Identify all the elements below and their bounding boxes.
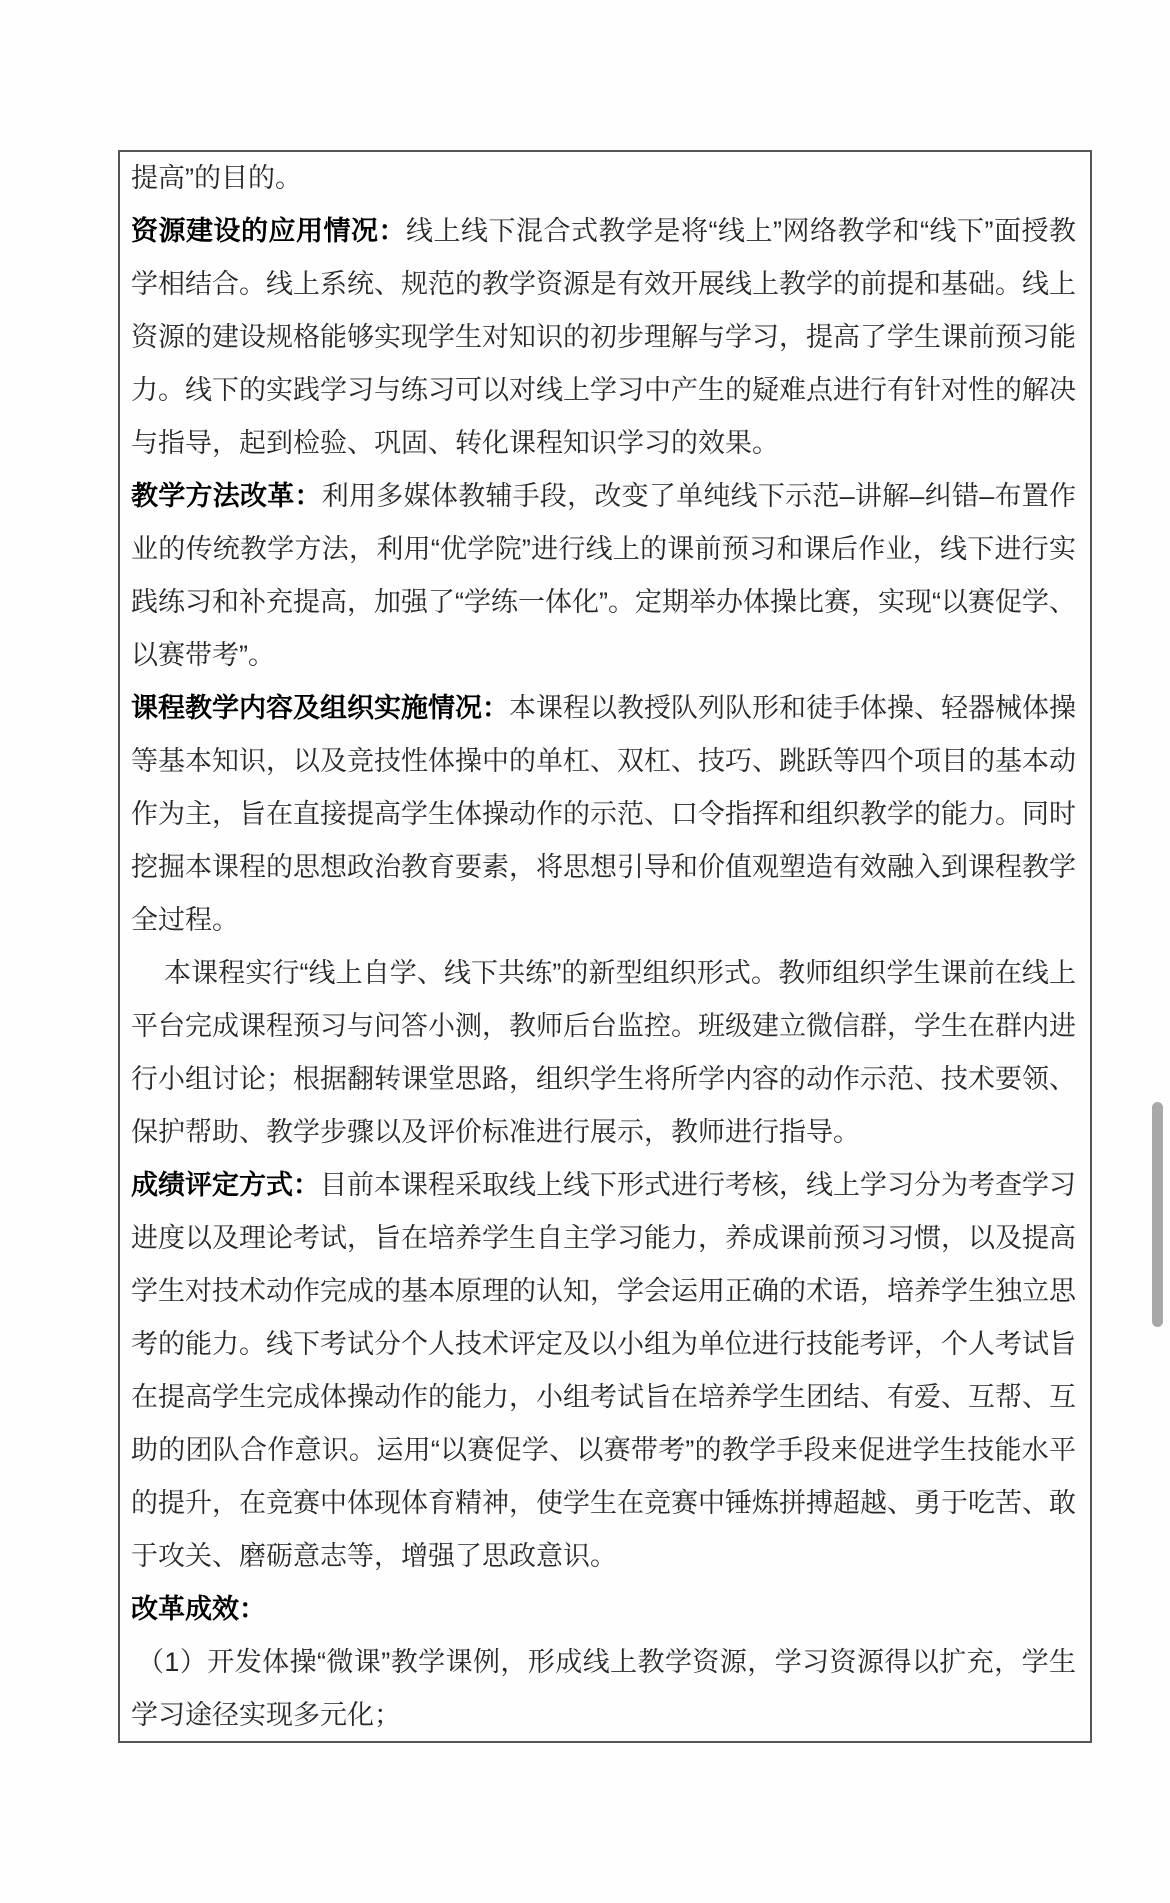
document-table-cell: 提高”的目的。 资源建设的应用情况：线上线下混合式教学是将“线上”网络教学和“线… xyxy=(118,150,1092,1743)
paragraph-text: 本课程以教授队列队形和徒手体操、轻器械体操等基本知识，以及竞技性体操中的单杠、双… xyxy=(131,693,1076,935)
paragraph: 课程教学内容及组织实施情况：本课程以教授队列队形和徒手体操、轻器械体操等基本知识… xyxy=(131,682,1076,947)
paragraph-heading: 课程教学内容及组织实施情况： xyxy=(131,693,509,723)
document-page: 提高”的目的。 资源建设的应用情况：线上线下混合式教学是将“线上”网络教学和“线… xyxy=(0,0,1170,1903)
paragraph: 成绩评定方式：目前本课程采取线上线下形式进行考核，线上学习分为考查学习进度以及理… xyxy=(131,1159,1076,1583)
paragraph-text: 线上线下混合式教学是将“线上”网络教学和“线下”面授教学相结合。线上系统、规范的… xyxy=(131,216,1076,458)
paragraph-heading: 教学方法改革： xyxy=(131,481,322,511)
paragraph-text: 本课程实行“线上自学、线下共练”的新型组织形式。教师组织学生课前在线上平台完成课… xyxy=(131,958,1076,1147)
paragraph: 本课程实行“线上自学、线下共练”的新型组织形式。教师组织学生课前在线上平台完成课… xyxy=(131,947,1076,1159)
paragraph: 改革成效： xyxy=(131,1583,1076,1636)
paragraph-heading: 资源建设的应用情况： xyxy=(131,216,406,246)
paragraph: （1）开发体操“微课”教学课例，形成线上教学资源，学习资源得以扩充，学生学习途径… xyxy=(131,1636,1076,1742)
paragraph: 资源建设的应用情况：线上线下混合式教学是将“线上”网络教学和“线下”面授教学相结… xyxy=(131,205,1076,470)
paragraph-text: 目前本课程采取线上线下形式进行考核，线上学习分为考查学习进度以及理论考试，旨在培… xyxy=(131,1170,1076,1571)
scrollbar-thumb[interactable] xyxy=(1152,1102,1163,1327)
paragraph: 教学方法改革：利用多媒体教辅手段，改变了单纯线下示范–讲解–纠错–布置作业的传统… xyxy=(131,470,1076,682)
paragraph-text: 提高”的目的。 xyxy=(131,163,302,193)
paragraph-heading: 成绩评定方式： xyxy=(131,1170,320,1200)
paragraph: 提高”的目的。 xyxy=(131,152,1076,205)
paragraph-heading: 改革成效： xyxy=(131,1594,266,1624)
paragraph-text: （1）开发体操“微课”教学课例，形成线上教学资源，学习资源得以扩充，学生学习途径… xyxy=(131,1647,1076,1730)
